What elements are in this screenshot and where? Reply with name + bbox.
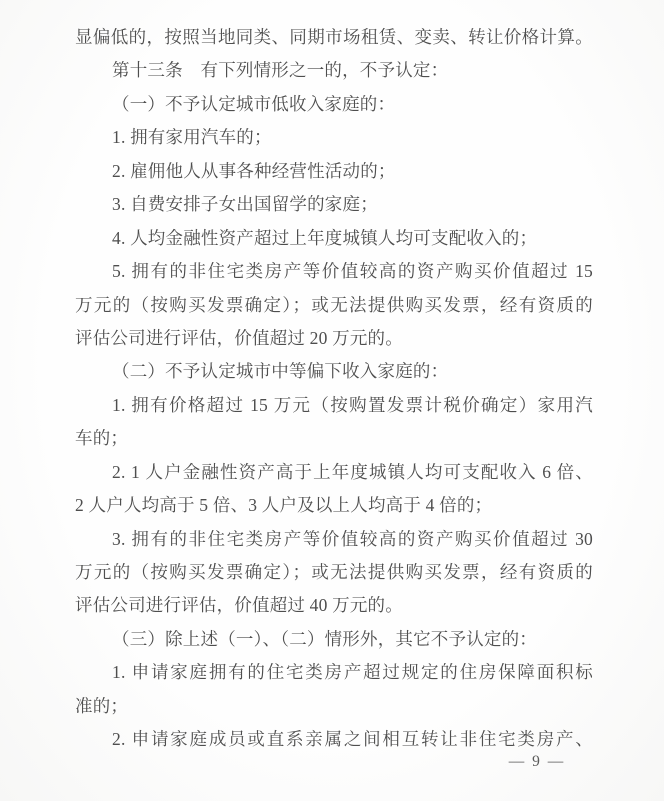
text-line: 第十三条 有下列情形之一的，不予认定：: [75, 54, 593, 87]
text-line: 1. 拥有家用汽车的；: [75, 121, 593, 154]
text-line: 3. 拥有的非住宅类房产等价值较高的资产购买价值超过 30: [75, 523, 593, 556]
page-number: — 9 —: [502, 753, 572, 771]
text-line: 准的；: [75, 690, 593, 723]
text-line: 显偏低的，按照当地同类、同期市场租赁、变卖、转让价格计算。: [75, 21, 593, 54]
text-line: 评估公司进行评估，价值超过 40 万元的。: [75, 589, 593, 622]
text-line: 2. 申请家庭成员或直系亲属之间相互转让非住宅类房产、: [75, 723, 593, 756]
text-line: 5. 拥有的非住宅类房产等价值较高的资产购买价值超过 15: [75, 255, 593, 288]
text-line: 评估公司进行评估，价值超过 20 万元的。: [75, 322, 593, 355]
text-line: （二）不予认定城市中等偏下收入家庭的：: [75, 355, 593, 388]
text-line: 2. 1 人户金融性资产高于上年度城镇人均可支配收入 6 倍、: [75, 456, 593, 489]
document-text-block: 显偏低的，按照当地同类、同期市场租赁、变卖、转让价格计算。第十三条 有下列情形之…: [75, 21, 593, 757]
text-line: 万元的（按购买发票确定）；或无法提供购买发票，经有资质的: [75, 556, 593, 589]
text-line: （一）不予认定城市低收入家庭的：: [75, 88, 593, 121]
text-line: （三）除上述（一）、（二）情形外，其它不予认定的：: [75, 623, 593, 656]
text-line: 1. 拥有价格超过 15 万元（按购置发票计税价确定）家用汽: [75, 389, 593, 422]
document-page: 显偏低的，按照当地同类、同期市场租赁、变卖、转让价格计算。第十三条 有下列情形之…: [0, 0, 664, 801]
text-line: 4. 人均金融性资产超过上年度城镇人均可支配收入的；: [75, 222, 593, 255]
text-line: 2 人户人均高于 5 倍、3 人户及以上人均高于 4 倍的；: [75, 489, 593, 522]
text-line: 3. 自费安排子女出国留学的家庭；: [75, 188, 593, 221]
text-line: 车的；: [75, 422, 593, 455]
text-line: 2. 雇佣他人从事各种经营性活动的；: [75, 155, 593, 188]
text-line: 万元的（按购买发票确定）；或无法提供购买发票，经有资质的: [75, 289, 593, 322]
text-line: 1. 申请家庭拥有的住宅类房产超过规定的住房保障面积标: [75, 656, 593, 689]
